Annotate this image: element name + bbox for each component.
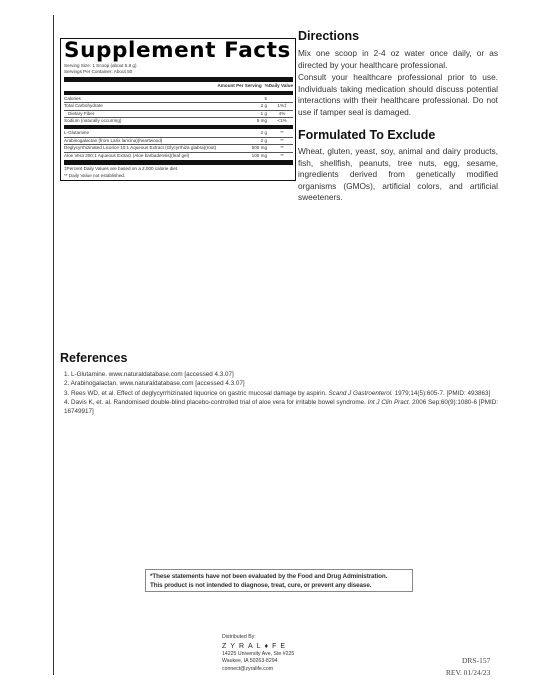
document-code: DRS-157	[462, 655, 490, 667]
reference-text: 2. Arabinogalactan. www.naturaldatabase.…	[64, 380, 245, 387]
nutrient-amount: 5 mg	[237, 118, 271, 124]
ingredient-name: Deglycyrrhizinated Licorice 10:1 Aqueous…	[64, 145, 237, 151]
formulated-to-exclude-text: Wheat, gluten, yeast, soy, animal and da…	[298, 146, 498, 204]
nutrient-name: Calories	[64, 96, 237, 102]
references-heading: References	[60, 351, 127, 365]
disclaimer-line-2: This product is not intended to diagnose…	[150, 581, 408, 590]
supplement-facts-title: Supplement Facts	[64, 40, 293, 62]
ingredient-dv: **	[271, 130, 293, 136]
nutrient-dv: 4%	[271, 111, 293, 117]
directions-caution-text: Consult your healthcare professional pri…	[298, 72, 498, 118]
amount-header: Amount Per Serving	[217, 83, 264, 89]
ingredient-row: L-Glutamine 2 g **	[64, 130, 293, 137]
ingredient-dv: **	[271, 145, 293, 151]
reference-text: 1. L-Glutamine. www.naturaldatabase.com …	[64, 371, 234, 378]
directions-usage-text: Mix one scoop in 2-4 oz water once daily…	[298, 48, 498, 71]
nutrient-row: Dietary Fiber 1 g 4%	[64, 111, 293, 118]
ingredient-amount: 100 mg	[237, 153, 271, 159]
ingredient-row: Aloe Vera 200:1 Aqueous Extract (Aloe ba…	[64, 153, 293, 159]
nutrient-row: Total Carbohydrate 2 g 1%‡	[64, 103, 293, 110]
divider-thick	[64, 160, 293, 165]
ingredient-amount: 500 mg	[237, 145, 271, 151]
ingredient-name: Arabinogalactan (from Larix laricina)(he…	[64, 138, 237, 144]
nutrient-dv: 1%‡	[271, 103, 293, 109]
document-id-block: DRS-157 REV. 01/24/23	[462, 655, 490, 679]
address-line-1: 14225 University Ave, Ste #225	[222, 651, 294, 659]
nutrient-dv	[271, 96, 293, 102]
ingredient-row: Deglycyrrhizinated Licorice 10:1 Aqueous…	[64, 145, 293, 152]
reference-text: 3. Rees WD, et al. Effect of deglycyrrhi…	[64, 390, 328, 397]
ingredient-amount: 2 g	[237, 130, 271, 136]
ingredient-amount: 2 g	[237, 138, 271, 144]
facts-header-row: Amount Per Serving %Daily Value	[64, 83, 293, 89]
daily-value-header: %Daily Value	[265, 83, 293, 89]
references-list: 1. L-Glutamine. www.naturaldatabase.com …	[64, 370, 498, 416]
address-line-2: Waukee, IA 50263-8294	[222, 658, 294, 666]
servings-per-container: Servings Per Container: About 50	[64, 69, 293, 74]
reference-item: 1. L-Glutamine. www.naturaldatabase.com …	[64, 370, 498, 379]
ingredient-name: Aloe Vera 200:1 Aqueous Extract (Aloe ba…	[64, 153, 237, 159]
nutrient-amount: 2 g	[237, 103, 271, 109]
nutrient-row: Calories 5	[64, 96, 293, 103]
reference-journal: Int J Clin Pract.	[368, 399, 411, 406]
nutrient-row: Sodium (naturally occurring) 5 mg <1%	[64, 118, 293, 124]
nutrient-name: Dietary Fiber	[64, 111, 237, 117]
nutrient-name: Total Carbohydrate	[64, 103, 237, 109]
reference-item: 2. Arabinogalactan. www.naturaldatabase.…	[64, 379, 498, 388]
footnote-percent-dv: ‡Percent Daily Values are based on a 2,0…	[64, 166, 293, 172]
reference-citation: 1979;14(5):605-7. [PMID: 493863]	[393, 390, 490, 397]
reference-journal: Scand J Gastroenterol.	[328, 390, 392, 397]
distributed-by-label: Distributed By:	[222, 634, 294, 642]
divider-medium	[64, 91, 293, 95]
ingredient-name: L-Glutamine	[64, 130, 237, 136]
nutrient-name: Sodium (naturally occurring)	[64, 118, 237, 124]
ingredient-dv: **	[271, 138, 293, 144]
divider-medium	[64, 125, 293, 129]
reference-text: 4. Davis K, et. al. Randomised double-bl…	[64, 399, 368, 406]
directions-heading: Directions	[298, 29, 359, 43]
supplement-facts-panel: Supplement Facts Serving Size: 1 Scoop (…	[60, 38, 296, 181]
divider-thick	[64, 77, 293, 82]
formulated-to-exclude-heading: Formulated To Exclude	[298, 128, 435, 142]
fda-disclaimer-box: *These statements have not been evaluate…	[145, 569, 413, 592]
nutrient-amount: 5	[237, 96, 271, 102]
reference-item: 4. Davis K, et. al. Randomised double-bl…	[64, 398, 498, 417]
disclaimer-line-1: *These statements have not been evaluate…	[150, 572, 408, 581]
brand-logo: ZYRAL♦FE	[222, 642, 294, 651]
serving-size: Serving Size: 1 Scoop (about 5.8 g)	[64, 63, 293, 68]
nutrient-dv: <1%	[271, 118, 293, 124]
ingredient-dv: **	[271, 153, 293, 159]
contact-email[interactable]: connect@zyralife.com	[222, 666, 294, 674]
footnote-dv-not-established: ** Daily Value not established.	[64, 173, 293, 179]
distributor-block: Distributed By: ZYRAL♦FE 14225 Universit…	[222, 634, 294, 673]
nutrient-amount: 1 g	[237, 111, 271, 117]
ingredient-row: Arabinogalactan (from Larix laricina)(he…	[64, 138, 293, 145]
reference-item: 3. Rees WD, et al. Effect of deglycyrrhi…	[64, 389, 498, 398]
page-margin-rule	[53, 15, 54, 675]
document-revision: REV. 01/24/23	[444, 667, 490, 679]
